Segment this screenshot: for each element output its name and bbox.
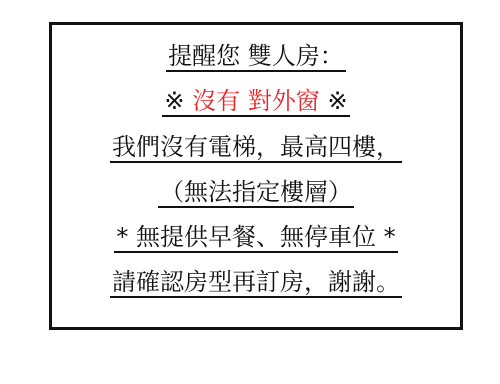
reference-mark-left: ※	[164, 87, 192, 115]
no-window-highlight: 沒有 對外窗	[192, 87, 320, 115]
reference-mark-right: ※	[320, 87, 348, 115]
notice-no-window-text: ※ 沒有 對外窗 ※	[162, 87, 349, 117]
notice-no-breakfast-parking-text: * 無提供早餐、無停車位 *	[114, 223, 397, 253]
notice-title-text: 提醒您 雙人房：	[166, 42, 346, 72]
notice-no-breakfast-parking: * 無提供早餐、無停車位 *	[52, 222, 460, 252]
notice-no-elevator-text: 我們沒有電梯，最高四樓，	[110, 133, 402, 163]
notice-box: 提醒您 雙人房： ※ 沒有 對外窗 ※ 我們沒有電梯，最高四樓， （無法指定樓層…	[49, 22, 463, 330]
notice-confirm-room: 請確認房型再訂房，謝謝。	[52, 267, 460, 297]
notice-no-floor-choice: （無法指定樓層）	[52, 177, 460, 207]
notice-title: 提醒您 雙人房：	[52, 41, 460, 71]
notice-no-floor-choice-text: （無法指定樓層）	[158, 178, 354, 208]
notice-confirm-room-text: 請確認房型再訂房，謝謝。	[110, 268, 402, 298]
notice-no-elevator: 我們沒有電梯，最高四樓，	[52, 132, 460, 162]
notice-no-window: ※ 沒有 對外窗 ※	[52, 86, 460, 116]
